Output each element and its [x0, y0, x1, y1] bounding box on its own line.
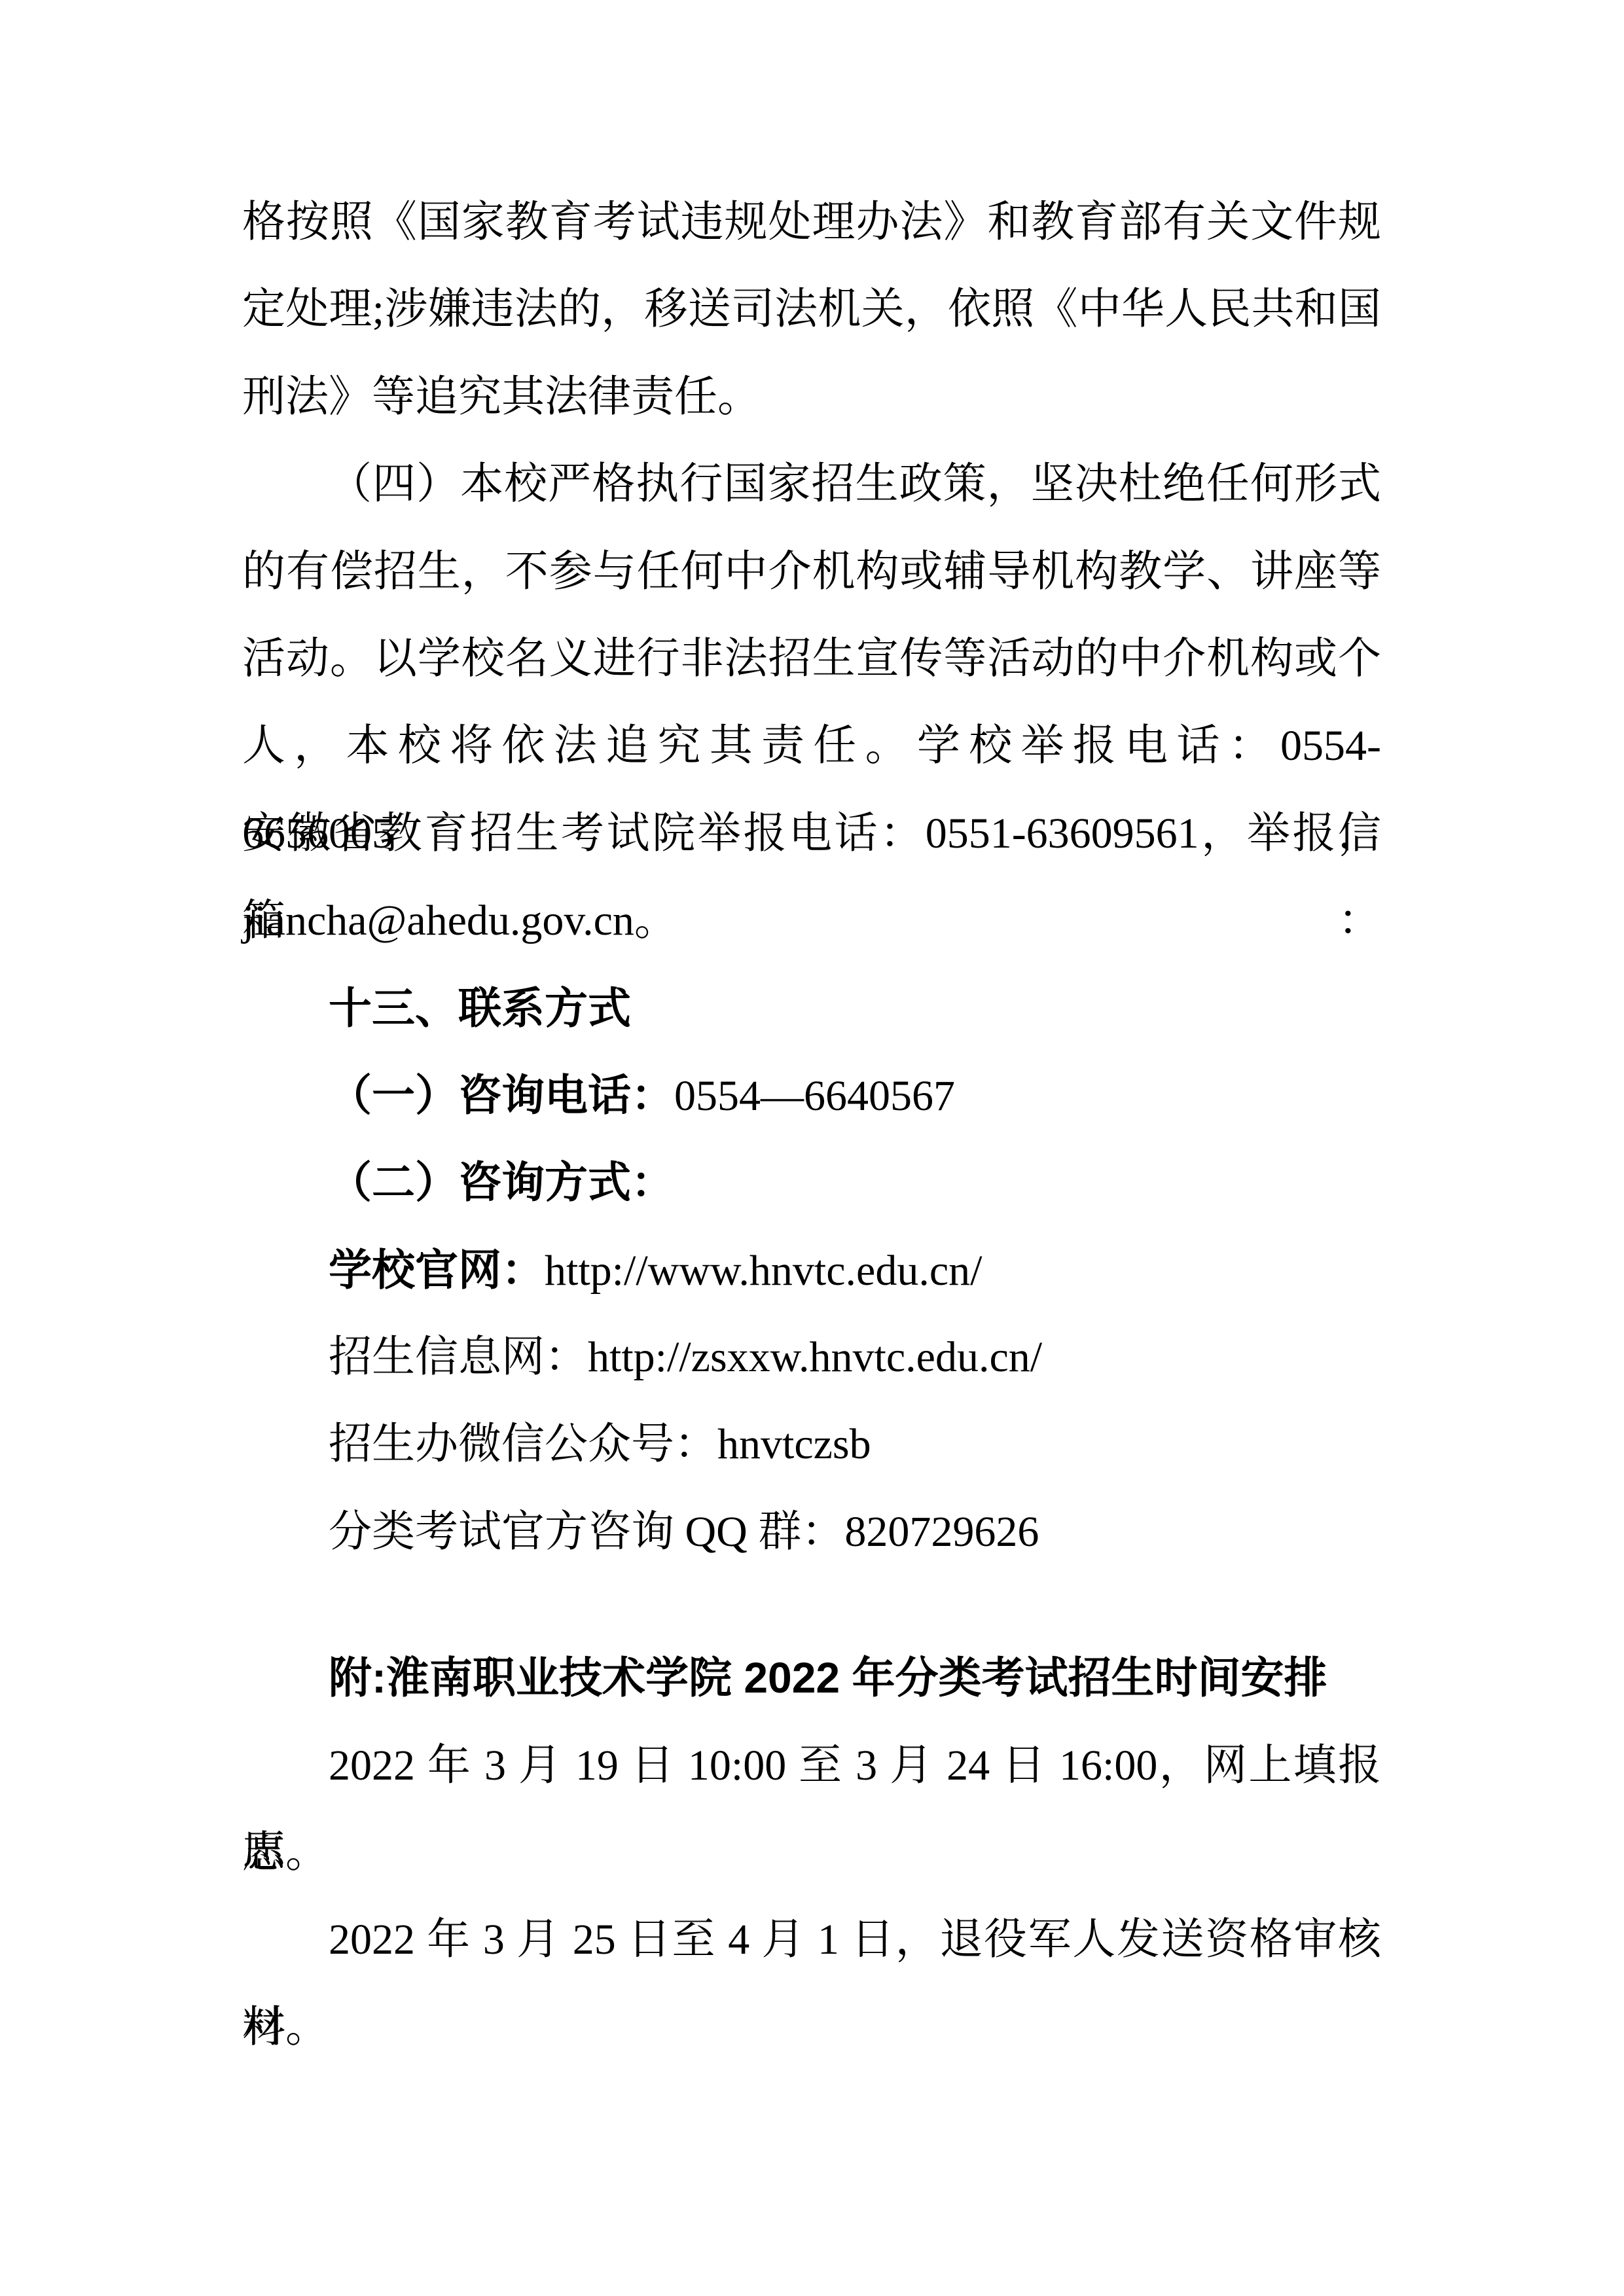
- consult-phone-label: （一）咨询电话：: [329, 1071, 674, 1119]
- schedule-line-1-cont: 愿。: [242, 1809, 1381, 1896]
- para-four-line-1: （四）本校严格执行国家招生政策，坚决杜绝任何形式: [242, 440, 1381, 528]
- para-four-line-5: 安徽省教育招生考试院举报电话：0551-63609561，举报信箱：: [242, 790, 1381, 877]
- consult-method-label: （二）咨询方式：: [329, 1158, 674, 1206]
- punishment-rule-line-1: 格按照《国家教育考试违规处理办法》和教育部有关文件规: [242, 179, 1381, 266]
- punishment-rule-line-2: 定处理;涉嫌违法的，移送司法机关，依照《中华人民共和国: [242, 266, 1381, 353]
- admission-info-site-line: 招生信息网：http://zsxxw.hnvtc.edu.cn/: [242, 1314, 1381, 1401]
- para-four-line-2: 的有偿招生，不参与任何中介机构或辅导机构教学、讲座等: [242, 528, 1381, 615]
- schedule-line-1: 2022 年 3 月 19 日 10:00 至 3 月 24 日 16:00，网…: [242, 1722, 1381, 1809]
- document-page: 格按照《国家教育考试违规处理办法》和教育部有关文件规 定处理;涉嫌违法的，移送司…: [0, 0, 1624, 2296]
- school-website-url: http://www.hnvtc.edu.cn/: [545, 1247, 982, 1295]
- schedule-line-2: 2022 年 3 月 25 日至 4 月 1 日，退役军人发送资格审核材: [242, 1896, 1381, 1983]
- consult-phone-line: （一）咨询电话：0554—6640567: [242, 1052, 1381, 1139]
- qq-group-line: 分类考试官方咨询 QQ 群：820729626: [242, 1488, 1381, 1575]
- blank-line: [242, 1575, 1381, 1634]
- para-four-line-3: 活动。以学校名义进行非法招生宣传等活动的中介机构或个: [242, 615, 1381, 702]
- consult-method-line: （二）咨询方式：: [242, 1139, 1381, 1226]
- consult-phone-number: 0554—6640567: [674, 1072, 955, 1120]
- wechat-account-line: 招生办微信公众号：hnvtczsb: [242, 1401, 1381, 1488]
- text-block: 格按照《国家教育考试违规处理办法》和教育部有关文件规 定处理;涉嫌违法的，移送司…: [242, 179, 1381, 2071]
- schedule-line-2-cont: 料。: [242, 1984, 1381, 2071]
- para-four-line-4: 人，本校将依法追究其责任。学校举报电话：0554-6656005，: [242, 702, 1381, 789]
- punishment-rule-line-3: 刑法》等追究其法律责任。: [242, 353, 1381, 440]
- school-website-label: 学校官网：: [329, 1246, 545, 1294]
- school-website-line: 学校官网：http://www.hnvtc.edu.cn/: [242, 1227, 1381, 1314]
- section-heading-contact: 十三、联系方式: [242, 965, 1381, 1052]
- appendix-heading-line: 附:淮南职业技术学院 2022 年分类考试招生时间安排: [242, 1634, 1381, 1721]
